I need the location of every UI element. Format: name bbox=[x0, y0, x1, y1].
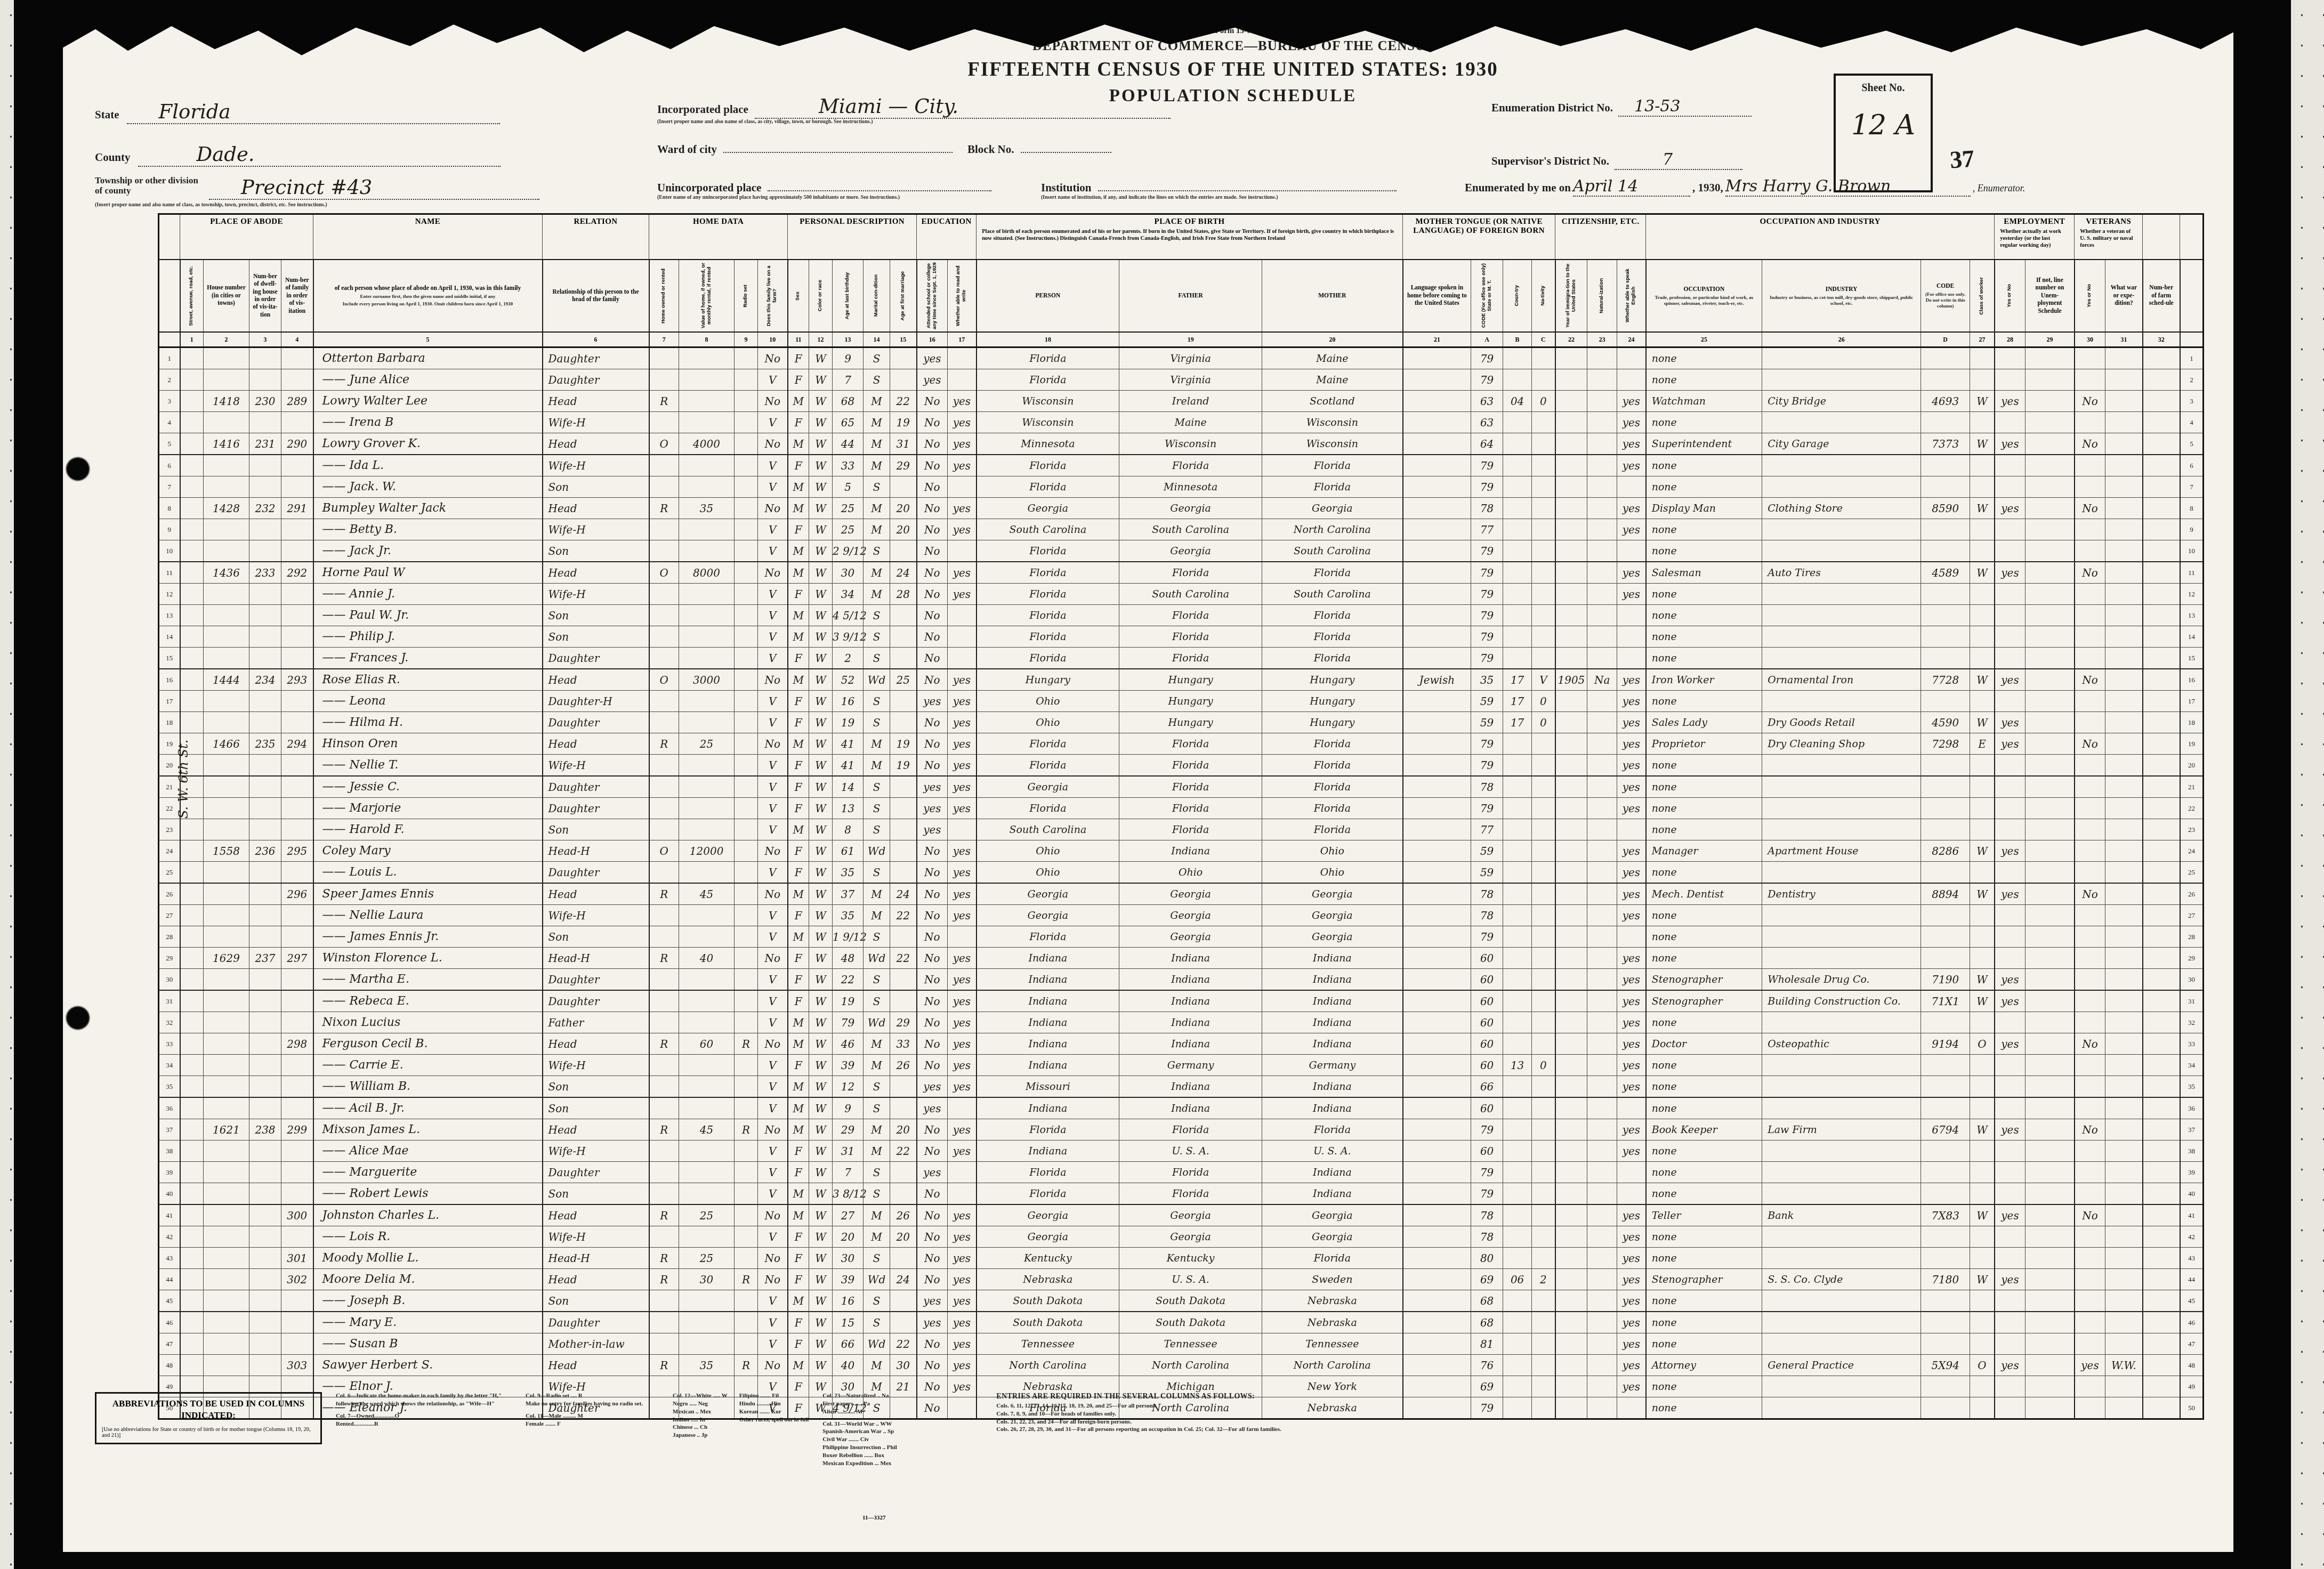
cell-street bbox=[180, 1162, 204, 1183]
cell-occ: none bbox=[1646, 347, 1762, 369]
cell-lang bbox=[1403, 691, 1471, 712]
cell-eng bbox=[1617, 540, 1646, 562]
cell-bpf: Florida bbox=[1119, 1119, 1262, 1141]
cell-imm bbox=[1555, 455, 1587, 476]
cell-afm bbox=[890, 369, 917, 391]
cell-cc bbox=[1532, 1183, 1555, 1205]
cell-v31 bbox=[2105, 562, 2143, 584]
cell-imm bbox=[1555, 948, 1587, 969]
col-number-cls: 27 bbox=[1970, 332, 1995, 347]
cell-bpp: Georgia bbox=[977, 905, 1119, 926]
cell-dwell bbox=[249, 776, 281, 798]
cell-v31 bbox=[2105, 648, 2143, 669]
cell-e28 bbox=[1995, 1097, 2026, 1119]
cell-imm bbox=[1555, 1162, 1587, 1183]
cell-rel: Daughter bbox=[543, 712, 649, 733]
cell-lang bbox=[1403, 1141, 1471, 1162]
cell-bpf: Georgia bbox=[1119, 1204, 1262, 1226]
enumerated-prefix: Enumerated by me on bbox=[1465, 181, 1571, 194]
cell-bpm: Tennessee bbox=[1262, 1333, 1403, 1355]
cell-age: 5 bbox=[833, 476, 864, 498]
col-label: Marital con-dition bbox=[874, 274, 879, 317]
cell-lnR: 5 bbox=[2180, 433, 2204, 455]
cell-afm bbox=[890, 1248, 917, 1269]
group-header: PLACE OF ABODE bbox=[180, 214, 313, 260]
cell-bpm: Florida bbox=[1262, 776, 1403, 798]
cell-v30 bbox=[2075, 347, 2105, 369]
cell-e29 bbox=[2026, 712, 2075, 733]
cell-ca: 81 bbox=[1471, 1333, 1503, 1355]
cell-radio bbox=[735, 412, 758, 433]
cell-val bbox=[679, 584, 735, 605]
cell-ind bbox=[1762, 540, 1921, 562]
col-number-lnR bbox=[2180, 332, 2204, 347]
cell-own: R bbox=[649, 1248, 679, 1269]
cell-occ: Mech. Dentist bbox=[1646, 883, 1762, 905]
cell-lang bbox=[1403, 819, 1471, 840]
cell-age: 30 bbox=[833, 562, 864, 584]
cell-cc bbox=[1532, 1248, 1555, 1269]
cell-dwell bbox=[249, 1333, 281, 1355]
cell-sch: No bbox=[917, 412, 948, 433]
cell-read: yes bbox=[948, 498, 977, 519]
cell-bpm: Florida bbox=[1262, 648, 1403, 669]
cell-read: yes bbox=[948, 1033, 977, 1055]
cell-mar: S bbox=[864, 1183, 890, 1205]
cell-name: Ferguson Cecil B. bbox=[313, 1033, 543, 1055]
cell-eng: yes bbox=[1617, 990, 1646, 1012]
institution-label: Institution bbox=[1041, 181, 1092, 194]
cell-v31 bbox=[2105, 498, 2143, 519]
cell-ca: 63 bbox=[1471, 391, 1503, 412]
cell-ind: Dry Cleaning Shop bbox=[1762, 733, 1921, 755]
cell-sch: No bbox=[917, 926, 948, 948]
cell-lnR: 23 bbox=[2180, 819, 2204, 840]
cell-e28 bbox=[1995, 819, 2026, 840]
cell-lnL: 32 bbox=[159, 1012, 180, 1033]
cell-cc: 0 bbox=[1532, 712, 1555, 733]
cell-age: 4 5/12 bbox=[833, 605, 864, 626]
cell-cc: 0 bbox=[1532, 691, 1555, 712]
cell-ind bbox=[1762, 412, 1921, 433]
cell-cls: W bbox=[1970, 498, 1995, 519]
cell-sex: F bbox=[788, 712, 809, 733]
cell-cb bbox=[1503, 648, 1532, 669]
cell-family bbox=[281, 412, 313, 433]
cell-race: W bbox=[809, 648, 833, 669]
cell-sex: M bbox=[788, 1012, 809, 1033]
cell-read: yes bbox=[948, 883, 977, 905]
cell-lnR: 6 bbox=[2180, 455, 2204, 476]
cell-ind bbox=[1762, 476, 1921, 498]
cell-lnR: 46 bbox=[2180, 1312, 2204, 1333]
cell-e29 bbox=[2026, 1012, 2075, 1033]
col-number-own: 7 bbox=[649, 332, 679, 347]
col-number-bpp: 18 bbox=[977, 332, 1119, 347]
cell-rel: Wife-H bbox=[543, 1226, 649, 1248]
cell-read: yes bbox=[948, 712, 977, 733]
cell-imm bbox=[1555, 990, 1587, 1012]
cell-fs bbox=[2143, 1269, 2180, 1290]
cell-ca: 79 bbox=[1471, 347, 1503, 369]
cell-family: 297 bbox=[281, 948, 313, 969]
county-label: County bbox=[95, 151, 131, 164]
cell-dwell bbox=[249, 1312, 281, 1333]
cell-lnL: 6 bbox=[159, 455, 180, 476]
cell-e28 bbox=[1995, 776, 2026, 798]
cell-nat bbox=[1587, 1119, 1617, 1141]
cell-afm bbox=[890, 712, 917, 733]
cell-farm: V bbox=[758, 1312, 788, 1333]
cell-rel: Head bbox=[543, 1269, 649, 1290]
cell-fs bbox=[2143, 498, 2180, 519]
cell-afm: 20 bbox=[890, 1119, 917, 1141]
cell-lnR: 7 bbox=[2180, 476, 2204, 498]
cell-bpf: Ohio bbox=[1119, 862, 1262, 884]
cell-radio bbox=[735, 626, 758, 648]
cell-e29 bbox=[2026, 1162, 2075, 1183]
cell-eng: yes bbox=[1617, 391, 1646, 412]
cell-imm bbox=[1555, 733, 1587, 755]
cell-cb: 04 bbox=[1503, 391, 1532, 412]
cell-bpp: Ohio bbox=[977, 712, 1119, 733]
cell-dwell bbox=[249, 1162, 281, 1183]
cell-nat: Na bbox=[1587, 669, 1617, 691]
cell-family: 292 bbox=[281, 562, 313, 584]
cell-own: R bbox=[649, 733, 679, 755]
cell-sch: No bbox=[917, 905, 948, 926]
cell-race: W bbox=[809, 669, 833, 691]
cell-name: —— James Ennis Jr. bbox=[313, 926, 543, 948]
cell-lnR: 43 bbox=[2180, 1248, 2204, 1269]
cell-bpm: Indiana bbox=[1262, 1012, 1403, 1033]
cell-rel: Wife-H bbox=[543, 755, 649, 777]
cell-race: W bbox=[809, 969, 833, 991]
cell-fs bbox=[2143, 669, 2180, 691]
cell-bpm: Georgia bbox=[1262, 1204, 1403, 1226]
cell-v30 bbox=[2075, 626, 2105, 648]
cell-race: W bbox=[809, 840, 833, 862]
cell-afm bbox=[890, 648, 917, 669]
cell-v30: No bbox=[2075, 1204, 2105, 1226]
entries-list: Cols. 6, 11, 12, 13, 14, 16, 17, 18, 19,… bbox=[996, 1402, 1401, 1434]
cell-ca: 79 bbox=[1471, 584, 1503, 605]
cell-afm bbox=[890, 626, 917, 648]
cell-eng: yes bbox=[1617, 691, 1646, 712]
cell-afm: 22 bbox=[890, 948, 917, 969]
col-number-cc: C bbox=[1532, 332, 1555, 347]
cell-eng: yes bbox=[1617, 584, 1646, 605]
table-row: 1Otterton BarbaraDaughterNoFW9SyesFlorid… bbox=[159, 347, 2204, 369]
print-code: 11—3327 bbox=[862, 1515, 885, 1521]
cell-cd bbox=[1921, 648, 1970, 669]
cell-rel: Son bbox=[543, 819, 649, 840]
cell-dwell bbox=[249, 691, 281, 712]
cell-eng: yes bbox=[1617, 1290, 1646, 1312]
cell-rel: Daughter bbox=[543, 648, 649, 669]
cell-lang bbox=[1403, 712, 1471, 733]
cell-street bbox=[180, 519, 204, 540]
cell-afm: 20 bbox=[890, 1226, 917, 1248]
cell-v31 bbox=[2105, 347, 2143, 369]
cell-nat bbox=[1587, 1076, 1617, 1098]
cell-race: W bbox=[809, 712, 833, 733]
cell-v30 bbox=[2075, 926, 2105, 948]
cell-cd bbox=[1921, 948, 1970, 969]
cell-lang bbox=[1403, 755, 1471, 777]
right-film-strip bbox=[2291, 0, 2324, 1569]
cell-cd bbox=[1921, 1162, 1970, 1183]
cell-bpm: Maine bbox=[1262, 369, 1403, 391]
cell-farm: No bbox=[758, 669, 788, 691]
cell-v31 bbox=[2105, 1119, 2143, 1141]
cell-fs bbox=[2143, 1119, 2180, 1141]
cell-name: —— Annie J. bbox=[313, 584, 543, 605]
cell-race: W bbox=[809, 1226, 833, 1248]
cell-cc bbox=[1532, 1119, 1555, 1141]
cell-imm bbox=[1555, 1290, 1587, 1312]
cell-own bbox=[649, 819, 679, 840]
cell-race: W bbox=[809, 948, 833, 969]
cell-cd: 4693 bbox=[1921, 391, 1970, 412]
cell-v30 bbox=[2075, 455, 2105, 476]
cell-cc bbox=[1532, 798, 1555, 819]
cell-cb bbox=[1503, 1141, 1532, 1162]
cell-v31 bbox=[2105, 926, 2143, 948]
cell-lnR: 33 bbox=[2180, 1033, 2204, 1055]
cell-cb bbox=[1503, 1355, 1532, 1376]
cell-radio bbox=[735, 1012, 758, 1033]
cell-dwell bbox=[249, 1012, 281, 1033]
col-label: Na-tivity bbox=[1540, 286, 1546, 305]
cell-occ: Manager bbox=[1646, 840, 1762, 862]
cell-bpf: Georgia bbox=[1119, 498, 1262, 519]
footer-line: Negro ..... Neg bbox=[673, 1400, 728, 1408]
state-value: Florida bbox=[159, 100, 231, 123]
cell-e29 bbox=[2026, 840, 2075, 862]
table-row: 23—— Harold F.SonVMW8SyesSouth CarolinaF… bbox=[159, 819, 2204, 840]
cell-nat bbox=[1587, 733, 1617, 755]
cell-ca: 79 bbox=[1471, 1119, 1503, 1141]
col-label: Age at last birthday bbox=[845, 272, 851, 319]
cell-own: R bbox=[649, 1269, 679, 1290]
cell-dwell bbox=[249, 540, 281, 562]
cell-e28 bbox=[1995, 1141, 2026, 1162]
cell-radio bbox=[735, 926, 758, 948]
cell-cc bbox=[1532, 498, 1555, 519]
sheet-label: Sheet No. bbox=[1836, 82, 1931, 94]
cell-e29 bbox=[2026, 755, 2075, 777]
cell-e29 bbox=[2026, 905, 2075, 926]
cell-afm bbox=[890, 605, 917, 626]
cell-dwell bbox=[249, 905, 281, 926]
cell-sch: No bbox=[917, 883, 948, 905]
cell-nat bbox=[1587, 562, 1617, 584]
cell-own: R bbox=[649, 1204, 679, 1226]
cell-lnL: 3 bbox=[159, 391, 180, 412]
cell-radio bbox=[735, 1141, 758, 1162]
cell-v31 bbox=[2105, 1290, 2143, 1312]
cell-name: —— Jack Jr. bbox=[313, 540, 543, 562]
page-stamp: 37 bbox=[1949, 144, 1975, 174]
cell-cls bbox=[1970, 584, 1995, 605]
cell-imm bbox=[1555, 969, 1587, 991]
cell-imm bbox=[1555, 1119, 1587, 1141]
cell-radio bbox=[735, 562, 758, 584]
table-row: 46—— Mary E.DaughterVFW15SyesyesSouth Da… bbox=[159, 1312, 2204, 1333]
cell-fs bbox=[2143, 648, 2180, 669]
cell-sch: No bbox=[917, 433, 948, 455]
cell-cd: 7373 bbox=[1921, 433, 1970, 455]
cell-farm: No bbox=[758, 347, 788, 369]
cell-afm: 24 bbox=[890, 883, 917, 905]
cell-mar: S bbox=[864, 1076, 890, 1098]
cell-eng bbox=[1617, 626, 1646, 648]
cell-race: W bbox=[809, 1141, 833, 1162]
cell-cc: V bbox=[1532, 669, 1555, 691]
cell-occ: Iron Worker bbox=[1646, 669, 1762, 691]
cell-radio bbox=[735, 540, 758, 562]
enumerator-name: Mrs Harry G. Brown bbox=[1725, 177, 1891, 196]
table-row: 291629237297Winston Florence L.Head-HR40… bbox=[159, 948, 2204, 969]
cell-sch: yes bbox=[917, 1312, 948, 1333]
cell-age: 30 bbox=[833, 1248, 864, 1269]
cell-lnR: 19 bbox=[2180, 733, 2204, 755]
cell-bpf: Tennessee bbox=[1119, 1333, 1262, 1355]
cell-house bbox=[204, 369, 249, 391]
table-row: 17—— LeonaDaughter-HVFW16SyesyesOhioHung… bbox=[159, 691, 2204, 712]
cell-lnL: 26 bbox=[159, 883, 180, 905]
cell-lnL: 30 bbox=[159, 969, 180, 991]
cell-race: W bbox=[809, 433, 833, 455]
cell-dwell bbox=[249, 626, 281, 648]
cell-sex: M bbox=[788, 883, 809, 905]
cell-rel: Head bbox=[543, 669, 649, 691]
cell-eng: yes bbox=[1617, 755, 1646, 777]
cell-lnL: 31 bbox=[159, 990, 180, 1012]
cell-name: —— Louis L. bbox=[313, 862, 543, 884]
cell-lang bbox=[1403, 1076, 1471, 1098]
cell-bpm: South Carolina bbox=[1262, 584, 1403, 605]
cell-cls bbox=[1970, 755, 1995, 777]
col-label: Num-ber of family in order of vis-itatio… bbox=[281, 277, 313, 315]
table-row: 10—— Jack Jr.SonVMW2 9/12SNoFloridaGeorg… bbox=[159, 540, 2204, 562]
cell-lang bbox=[1403, 1226, 1471, 1248]
cell-house bbox=[204, 1097, 249, 1119]
cell-ca: 69 bbox=[1471, 1269, 1503, 1290]
cell-cd bbox=[1921, 519, 1970, 540]
cell-bpp: Indiana bbox=[977, 969, 1119, 991]
enumerated-year: , 1930, bbox=[1692, 181, 1723, 194]
cell-afm: 22 bbox=[890, 1333, 917, 1355]
cell-cls bbox=[1970, 1226, 1995, 1248]
cell-cd bbox=[1921, 926, 1970, 948]
cell-family bbox=[281, 648, 313, 669]
cell-occ: none bbox=[1646, 1162, 1762, 1183]
cell-sex: M bbox=[788, 498, 809, 519]
township-note: (Insert proper name and also name of cla… bbox=[95, 202, 617, 208]
cell-ca: 78 bbox=[1471, 1204, 1503, 1226]
cell-lnR: 4 bbox=[2180, 412, 2204, 433]
cell-bpm: Florida bbox=[1262, 755, 1403, 777]
cell-cls: W bbox=[1970, 883, 1995, 905]
cell-name: —— Lois R. bbox=[313, 1226, 543, 1248]
cell-v30: No bbox=[2075, 562, 2105, 584]
cell-val: 4000 bbox=[679, 433, 735, 455]
cell-occ: none bbox=[1646, 1183, 1762, 1205]
cell-name: Lowry Grover K. bbox=[313, 433, 543, 455]
group-label: EDUCATION bbox=[917, 217, 976, 227]
cell-cc bbox=[1532, 883, 1555, 905]
col-header-fs: Num-ber of farm sched-ule bbox=[2143, 260, 2180, 332]
cell-ca: 60 bbox=[1471, 1141, 1503, 1162]
cell-bpm: Indiana bbox=[1262, 1183, 1403, 1205]
cell-farm: No bbox=[758, 1033, 788, 1055]
cell-ca: 59 bbox=[1471, 712, 1503, 733]
cell-cc bbox=[1532, 1097, 1555, 1119]
cell-cd: 7728 bbox=[1921, 669, 1970, 691]
cell-race: W bbox=[809, 562, 833, 584]
cell-own bbox=[649, 1055, 679, 1076]
cell-imm bbox=[1555, 798, 1587, 819]
cell-dwell bbox=[249, 412, 281, 433]
sheet-value: 12 A bbox=[1836, 109, 1931, 141]
cell-farm: V bbox=[758, 926, 788, 948]
cell-radio bbox=[735, 1333, 758, 1355]
cell-lnR: 11 bbox=[2180, 562, 2204, 584]
cell-cb bbox=[1503, 798, 1532, 819]
cell-eng: yes bbox=[1617, 969, 1646, 991]
cell-farm: V bbox=[758, 605, 788, 626]
cell-sch: No bbox=[917, 862, 948, 884]
cell-street bbox=[180, 862, 204, 884]
cell-v30 bbox=[2075, 840, 2105, 862]
cell-age: 19 bbox=[833, 712, 864, 733]
cell-bpf: Florida bbox=[1119, 648, 1262, 669]
cell-bpm: Indiana bbox=[1262, 990, 1403, 1012]
cell-cc bbox=[1532, 840, 1555, 862]
cell-sch: No bbox=[917, 1226, 948, 1248]
cell-occ: Teller bbox=[1646, 1204, 1762, 1226]
cell-cd: 8894 bbox=[1921, 883, 1970, 905]
cell-fs bbox=[2143, 1290, 2180, 1312]
cell-dwell bbox=[249, 883, 281, 905]
col-label: Whether able to speak English bbox=[1625, 262, 1637, 330]
cell-bpp: Ohio bbox=[977, 691, 1119, 712]
cell-afm: 33 bbox=[890, 1033, 917, 1055]
enumeration-date: April 14 bbox=[1573, 177, 1638, 196]
cell-occ: none bbox=[1646, 519, 1762, 540]
cell-v30 bbox=[2075, 1226, 2105, 1248]
cell-cc: 0 bbox=[1532, 1055, 1555, 1076]
cell-ca: 78 bbox=[1471, 883, 1503, 905]
cell-val: 60 bbox=[679, 1033, 735, 1055]
cell-age: 66 bbox=[833, 1333, 864, 1355]
footer-col9-11: Col. 9—Radio set .... RMake no entry for… bbox=[526, 1392, 659, 1428]
cell-e29 bbox=[2026, 776, 2075, 798]
cell-read: yes bbox=[948, 562, 977, 584]
cell-bpp: Florida bbox=[977, 562, 1119, 584]
table-row: 38—— Alice MaeWife-HVFW31M22NoyesIndiana… bbox=[159, 1141, 2204, 1162]
cell-lnL: 23 bbox=[159, 819, 180, 840]
cell-nat bbox=[1587, 476, 1617, 498]
cell-cc bbox=[1532, 1012, 1555, 1033]
cell-sex: M bbox=[788, 391, 809, 412]
cell-cd bbox=[1921, 776, 1970, 798]
cell-e28 bbox=[1995, 519, 2026, 540]
cell-farm: No bbox=[758, 883, 788, 905]
cell-family bbox=[281, 605, 313, 626]
